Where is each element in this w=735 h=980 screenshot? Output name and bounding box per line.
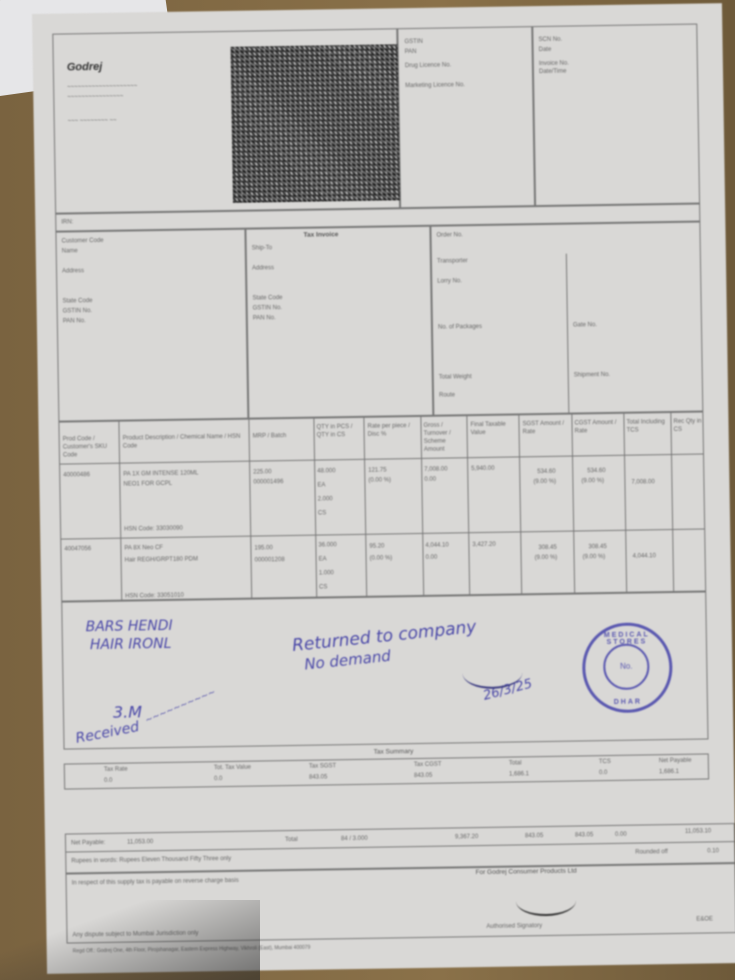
eoe-label: E&OE (696, 915, 713, 923)
company-logo: Godrej (67, 61, 103, 74)
header-qty: QTY in PCS / QTY in CS (316, 423, 362, 440)
stamp-text-bottom: DHAR (586, 698, 670, 706)
tax-value: 843.05 (309, 773, 327, 781)
row-sgst-rate: (9.00 %) (535, 554, 558, 562)
header-taxable: Final Taxable Value (470, 420, 516, 437)
authorised-signatory-label: Authorised Signatory (486, 922, 542, 931)
row-cgst-amt: 534.60 (587, 467, 605, 475)
tax-summary-table (64, 753, 709, 789)
row-mrp: 195.00 (254, 544, 272, 552)
order-no: Order No. (436, 231, 462, 239)
tax-value: 0.0 (104, 777, 112, 785)
row-rate: 95.20 (369, 543, 384, 551)
row-taxable: 3,427.20 (472, 541, 495, 549)
packages: No. of Packages (438, 323, 482, 332)
date-label: Date (539, 46, 552, 54)
ship-gstin: GSTIN No. (253, 304, 282, 312)
pan-label: PAN (405, 48, 417, 56)
company-phone-line: ~~~ ~~~~~~~~ ~~ (68, 117, 117, 126)
row-scheme: 0.00 (424, 476, 436, 484)
header-prod-code: Prod Code / Customer's SKU Code (63, 435, 119, 460)
total-weight: Total Weight (439, 373, 472, 382)
row-gross: 7,008.00 (424, 466, 447, 474)
customer-pan: PAN No. (63, 317, 86, 325)
row-code: 40047056 (64, 545, 91, 553)
tax-header: Tax Rate (104, 766, 128, 774)
tax-header: Total (509, 759, 522, 767)
row-unit: EA (319, 555, 327, 563)
tax-header: TCS (599, 758, 611, 766)
row-unit: EA (317, 481, 325, 489)
hand-shadow (0, 900, 260, 980)
row-total: 4,044.10 (633, 552, 656, 560)
rounded-off-value: 0.10 (707, 847, 719, 855)
total-sgst: 843.05 (525, 832, 543, 840)
row-cgst-rate: (9.00 %) (583, 553, 606, 561)
header-cgst: CGST Amount / Rate (574, 419, 620, 436)
tax-value: 1,686.1 (509, 770, 529, 778)
header-gross: Gross / Turnover / Scheme Amount (423, 421, 465, 454)
tax-value: 843.05 (414, 772, 432, 780)
company-address-line: ~~~~~~~~~~~~~~~~ (67, 93, 123, 102)
stamp-center: No. (603, 643, 650, 690)
tax-value: 1,686.1 (659, 768, 679, 776)
row-description2: Hair REGH/GRPT180 PDM (125, 555, 198, 564)
total-tcs: 0.00 (615, 831, 627, 839)
header-mid-box (397, 26, 535, 208)
ship-to: Ship-To (252, 244, 272, 252)
total-qty: 84 / 3.000 (341, 835, 368, 843)
row-cgst-amt: 308.45 (588, 543, 606, 551)
row-batch: 000001208 (255, 556, 285, 564)
row-description2: NEO1 FOR GCPL (123, 480, 172, 489)
row-disc: (0.00 %) (368, 476, 391, 484)
rounded-off-label: Rounded off (635, 848, 668, 857)
gate-no: Gate No. (573, 321, 597, 329)
row-sgst-amt: 308.45 (538, 544, 556, 552)
tax-value: 0.0 (214, 775, 222, 783)
ship-state: State Code (252, 294, 282, 302)
header-right-box (532, 24, 700, 207)
net-payable-label: Net Payable: (71, 839, 105, 848)
gstin-label: GSTIN (404, 38, 422, 46)
handwritten-note-product: BARS HENDI (86, 618, 173, 635)
ship-address: Address (252, 264, 274, 272)
customer-state: State Code (62, 297, 92, 305)
header-sgst: SGST Amount / Rate (522, 420, 568, 437)
ship-pan: PAN No. (253, 314, 276, 322)
row-cgst-rate: (9.00 %) (581, 477, 604, 485)
tax-value: 0.0 (599, 769, 607, 777)
marketing-licence-label: Marketing Licence No. (405, 81, 465, 90)
row-qty-pcs: 48.000 (317, 467, 335, 475)
row-qty-cs: 1.000 (319, 569, 334, 577)
header-description: Product Description / Chemical Name / HS… (123, 433, 243, 451)
company-address-line: ~~~~~~~~~~~~~~~~~~~~ (67, 82, 137, 91)
customer-code-label: Customer Code (62, 237, 104, 246)
row-scheme: 0.00 (426, 554, 438, 562)
grand-total: 11,053.10 (685, 827, 711, 835)
order-divider (566, 252, 703, 414)
lorry-no: Lorry No. (437, 277, 462, 285)
row-unit2: CS (318, 509, 326, 517)
handwritten-initials: 3.M (113, 702, 142, 721)
datetime-label: Date/Time (539, 68, 567, 76)
tax-summary-title: Tax Summary (374, 748, 414, 757)
total-taxable: 9,367.20 (455, 833, 478, 841)
transporter: Transporter (437, 257, 468, 265)
qr-code (231, 44, 401, 203)
pharmacy-stamp: MEDICAL STORES No. DHAR (582, 622, 673, 713)
route: Route (439, 391, 455, 399)
scn-label: SCN No. (538, 36, 562, 44)
row-qty-cs: 2.000 (318, 495, 333, 503)
row-hsn: HSN Code: 33030090 (124, 525, 183, 534)
total-cgst: 843.05 (575, 831, 593, 839)
customer-name: Name (62, 247, 78, 255)
row-unit2: CS (319, 583, 327, 591)
header-rate: Rate per piece / Disc % (367, 422, 417, 439)
tax-header: Tax CGST (414, 761, 442, 769)
tax-invoice-title: Tax Invoice (303, 231, 338, 240)
row-code: 40000486 (63, 471, 90, 479)
header-mrp: MRP / Batch (253, 432, 313, 441)
row-batch: 000001496 (253, 478, 283, 486)
row-mrp: 225.00 (253, 468, 271, 476)
drug-licence-label: Drug Licence No. (405, 61, 451, 70)
tax-header: Tax SGST (309, 762, 336, 770)
row-description: PA 1X GM INTENSE 120ML (123, 469, 198, 478)
customer-gstin: GSTIN No. (63, 307, 92, 315)
row-disc: (0.00 %) (370, 554, 393, 562)
row-description: PA 8X Neo CF (124, 544, 163, 553)
row-sgst-rate: (9.00 %) (533, 478, 556, 486)
handwritten-note-product-2: HAIR IRONL (90, 636, 172, 653)
shipment-no: Shipment No. (574, 371, 610, 380)
row-rate: 121.75 (368, 466, 386, 474)
row-sgst-amt: 534.60 (537, 468, 555, 476)
for-company-label: For Godrej Consumer Products Ltd (475, 868, 576, 878)
total-label: Total (285, 836, 298, 844)
header-rec-qty: Rec Qty in CS (673, 418, 701, 434)
row-gross: 4,044.10 (425, 542, 448, 550)
tax-header: Tot. Tax Value (214, 764, 251, 773)
row-total: 7,008.00 (631, 478, 654, 486)
header-total: Total Including TCS (626, 418, 668, 435)
tax-header: Net Payable (659, 757, 692, 766)
irn-label: IRN: (61, 218, 73, 226)
net-payable-value: 11,053.00 (127, 838, 153, 846)
customer-address: Address (62, 267, 84, 275)
invoice-sheet: Godrej ~~~~~~~~~~~~~~~~~~~~ ~~~~~~~~~~~~… (32, 3, 735, 974)
row-taxable: 5,940.00 (471, 465, 494, 473)
row-qty-pcs: 36.000 (318, 541, 336, 549)
